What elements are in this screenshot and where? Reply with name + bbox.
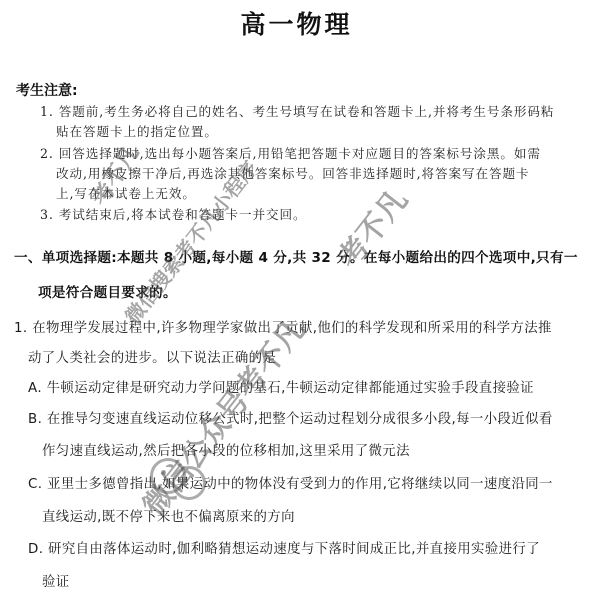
option-d-line-1: D. 研究自由落体运动时,伽利略猜想运动速度与下落时间成正比,并直接用实验进行了 [28,538,540,557]
option-b-line-2: 作匀速直线运动,然后把各小段的位移相加,这里采用了微元法 [42,440,410,459]
watermark-dot-icon [161,470,166,475]
option-d-line-2: 验证 [42,571,70,590]
notice-item-1-line-1: 1. 答题前,考生务必将自己的姓名、考生号填写在试卷和答题卡上,并将考生号条形码… [40,101,554,120]
option-c-line-2: 直线运动,既不停下来也不偏离原来的方向 [42,506,295,525]
question-1-stem-line-2: 动了人类社会的进步。以下说法正确的是 [28,347,276,366]
watermark-logo-icon [172,466,206,500]
notice-item-3-line-1: 3. 考试结束后,将本试卷和答题卡一并交回。 [40,204,307,223]
section-heading-line-1: 一、单项选择题:本题共 8 小题,每小题 4 分,共 32 分。在每小题给出的四… [14,246,578,266]
notice-item-2-line-2: 改动,用橡皮擦干净后,再选涂其他答案标号。回答非选择题时,将答案写在答题卡 [56,163,530,182]
question-1-stem-line-1: 1. 在物理学发展过程中,许多物理学家做出了贡献,他们的科学发现和所采用的科学方… [14,317,552,336]
exam-page: 高一物理 考生注意: 1. 答题前,考生务必将自己的姓名、考生号填写在试卷和答题… [0,0,593,599]
option-c-line-1: C. 亚里士多德曾指出,如果运动中的物体没有受到力的作用,它将继续以同一速度沿同… [28,473,553,492]
notice-item-2-line-3: 上,写在本试卷上无效。 [56,183,196,202]
section-heading-line-2: 项是符合题目要求的。 [38,281,177,301]
notice-item-2-line-1: 2. 回答选择题时,选出每小题答案后,用铅笔把答题卡对应题目的答案标号涂黑。如需 [40,143,541,162]
notice-heading: 考生注意: [16,80,78,100]
watermark-dot-icon [183,478,188,483]
page-title: 高一物理 [0,5,593,41]
option-b-line-1: B. 在推导匀变速直线运动位移公式时,把整个运动过程划分成很多小段,每一小段近似… [28,408,553,427]
notice-item-1-line-2: 贴在答题卡上的指定位置。 [56,121,218,140]
option-a: A. 牛顿运动定律是研究动力学问题的基石,牛顿运动定律都能通过实验手段直接验证 [28,377,534,396]
